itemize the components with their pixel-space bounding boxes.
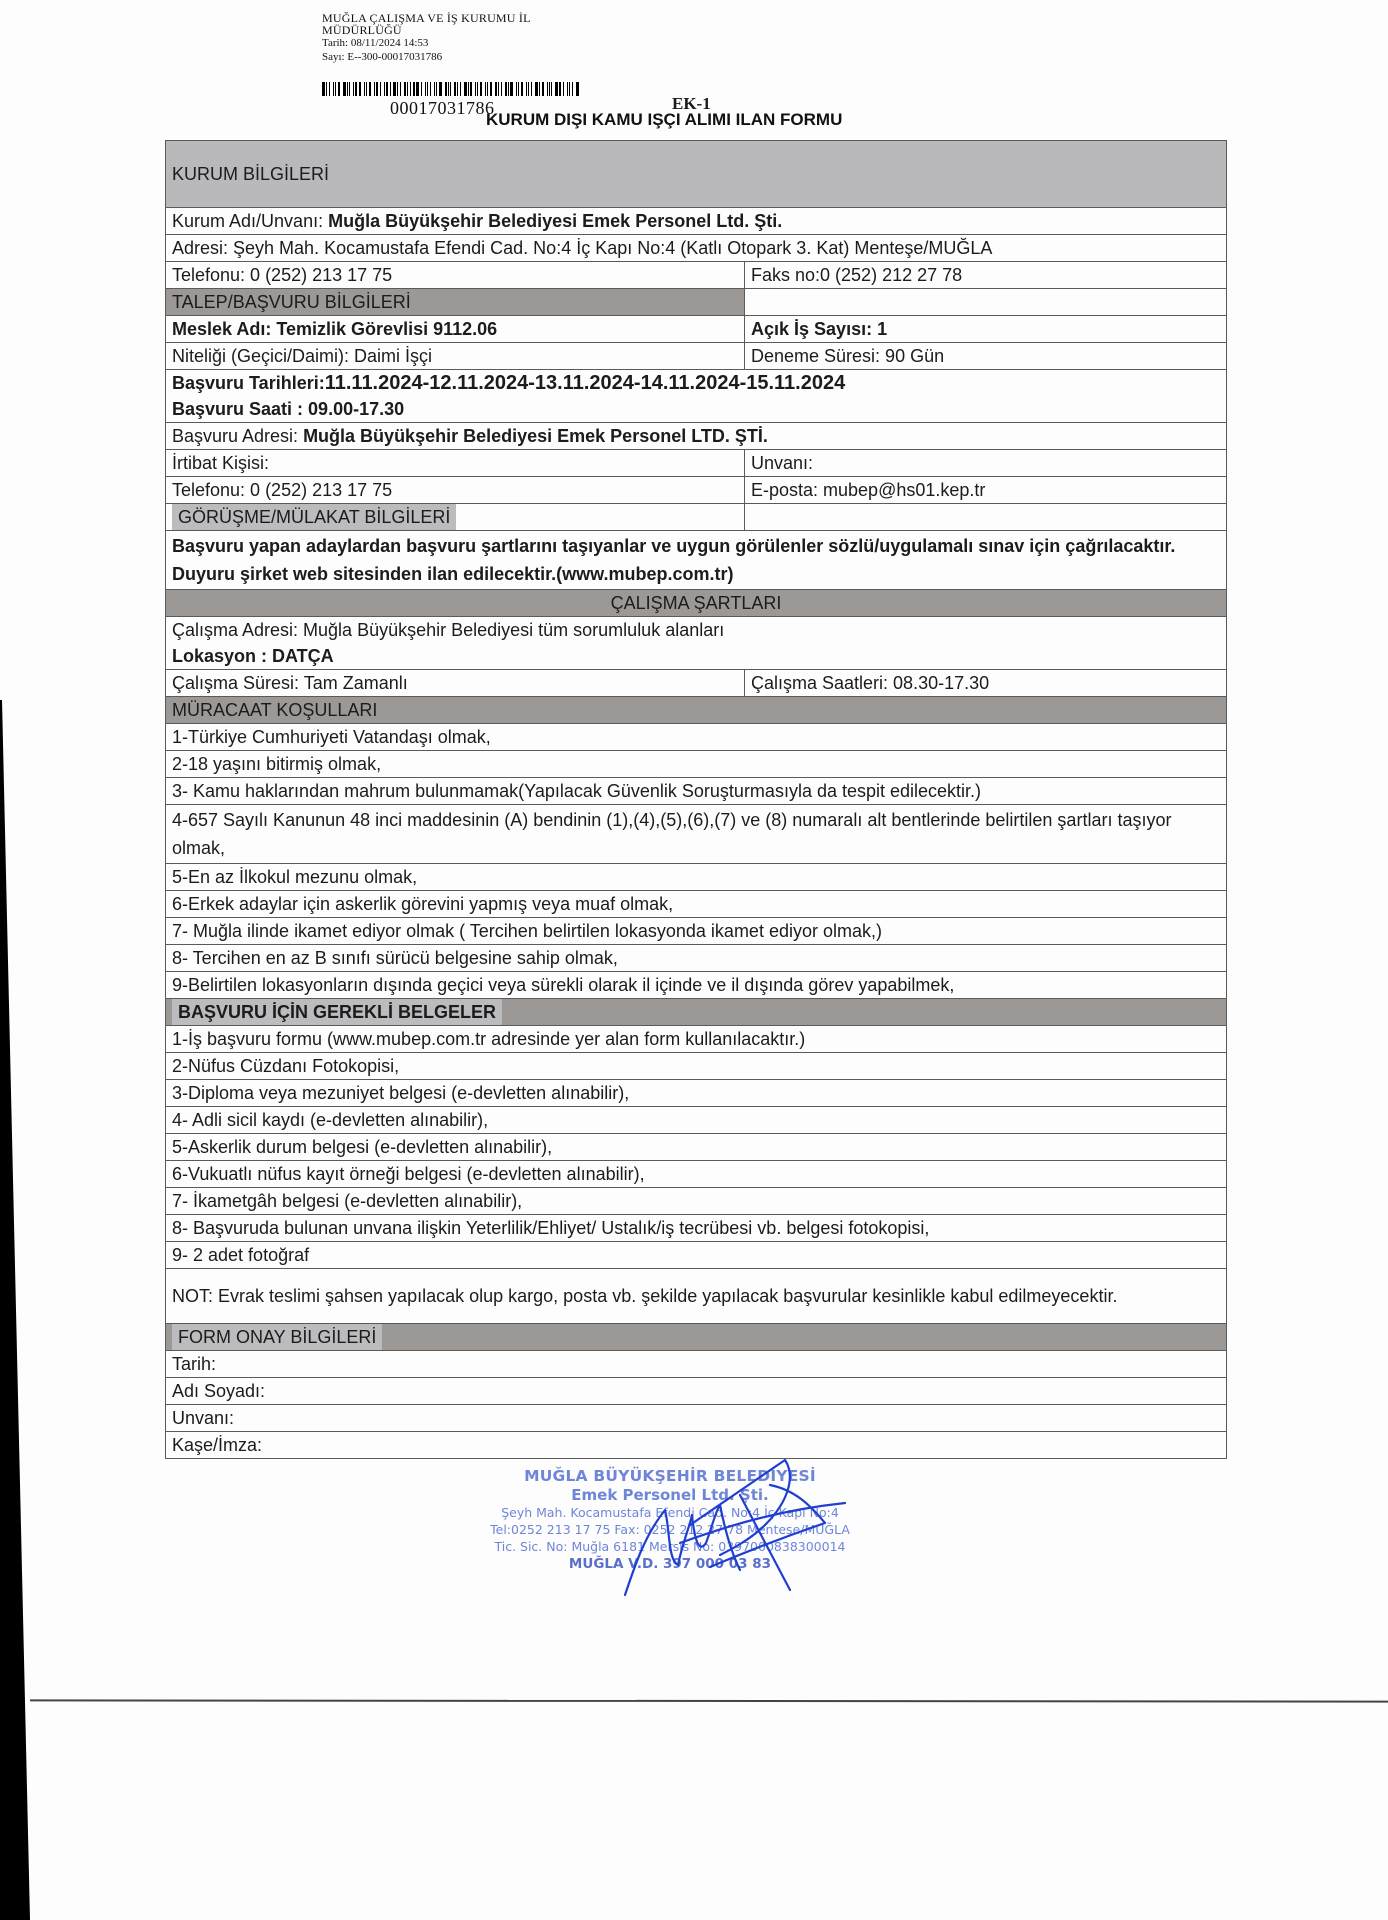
table-row: Telefonu: 0 (252) 213 17 75 Faks no:0 (2… (166, 262, 1227, 289)
table-row: İrtibat Kişisi: Unvanı: (166, 450, 1227, 477)
table-row: Telefonu: 0 (252) 213 17 75 E-posta: mub… (166, 477, 1227, 504)
section-gorusme-header: GÖRÜŞME/MÜLAKAT BİLGİLERİ (166, 504, 1227, 531)
registry-date: Tarih: 08/11/2024 14:53 (322, 36, 531, 50)
registry-number: Sayı: E--300-00017031786 (322, 50, 531, 64)
table-row: Kurum Adı/Unvanı: Muğla Büyükşehir Beled… (166, 208, 1227, 235)
work-address: Çalışma Adresi: Muğla Büyükşehir Belediy… (172, 617, 1220, 643)
section-onay-header: FORM ONAY BİLGİLERİ (166, 1324, 1227, 1351)
list-item: 2-18 yaşını bitirmiş olmak, (166, 751, 1227, 778)
table-row: Çalışma Adresi: Muğla Büyükşehir Belediy… (166, 617, 1227, 670)
section-kurum-header: KURUM BİLGİLERİ (166, 141, 1227, 208)
section-calisma-header: ÇALIŞMA ŞARTLARI (166, 590, 1227, 617)
list-item: 3- Kamu haklarından mahrum bulunmamak(Ya… (166, 778, 1227, 805)
institution-fax: Faks no:0 (252) 212 27 78 (745, 262, 1227, 289)
section-title-belgeler: BAŞVURU İÇİN GEREKLİ BELGELER (172, 999, 502, 1025)
institution-phone: Telefonu: 0 (252) 213 17 75 (166, 262, 745, 289)
contact-phone: Telefonu: 0 (252) 213 17 75 (166, 477, 745, 504)
list-item: 6-Vukuatlı nüfus kayıt örneği belgesi (e… (166, 1161, 1227, 1188)
registry-stamp: MUĞLA ÇALIŞMA VE İŞ KURUMU İL MÜDÜRLÜĞÜ … (322, 12, 531, 64)
table-row: Çalışma Süresi: Tam Zamanlı Çalışma Saat… (166, 670, 1227, 697)
interview-info: Başvuru yapan adaylardan başvuru şartlar… (166, 531, 1227, 590)
list-item: 7- Muğla ilinde ikamet ediyor olmak ( Te… (166, 918, 1227, 945)
page-divider (30, 1699, 1388, 1702)
employment-nature: Niteliği (Geçici/Daimi): Daimi İşçi (166, 343, 745, 370)
list-item: 1-İş başvuru formu (www.mubep.com.tr adr… (166, 1026, 1227, 1053)
list-item: 7- İkametgâh belgesi (e-devletten alınab… (166, 1188, 1227, 1215)
list-item: 2-Nüfus Cüzdanı Fotokopisi, (166, 1053, 1227, 1080)
section-muracaat-header: MÜRACAAT KOŞULLARI (166, 697, 1227, 724)
occupation-name: Meslek Adı: Temizlik Görevlisi 9112.06 (166, 316, 745, 343)
section-title-talep: TALEP/BAŞVURU BİLGİLERİ (166, 289, 745, 316)
work-duration: Çalışma Süresi: Tam Zamanlı (166, 670, 745, 697)
list-item: 5-Askerlik durum belgesi (e-devletten al… (166, 1134, 1227, 1161)
section-title-calisma: ÇALIŞMA ŞARTLARI (166, 590, 1227, 617)
list-item: 4-657 Sayılı Kanunun 48 inci maddesinin … (166, 805, 1227, 864)
job-posting-form: KURUM BİLGİLERİ Kurum Adı/Unvanı: Muğla … (165, 140, 1227, 1459)
form-title: KURUM DIŞI KAMU İŞÇİ ALIMI İLAN FORMU (486, 113, 842, 133)
barcode-number: 00017031786 (390, 98, 495, 119)
scan-shadow-edge (0, 0, 40, 1920)
section-title-gorusme: GÖRÜŞME/MÜLAKAT BİLGİLERİ (172, 504, 456, 530)
work-location: Lokasyon : DATÇA (172, 643, 1220, 669)
approval-name: Adı Soyadı: (166, 1378, 1227, 1405)
list-item: 1-Türkiye Cumhuriyeti Vatandaşı olmak, (166, 724, 1227, 751)
institution-name: Kurum Adı/Unvanı: Muğla Büyükşehir Beled… (166, 208, 1227, 235)
application-dates: Başvuru Tarihleri:11.11.2024-12.11.2024-… (172, 370, 1220, 396)
contact-title: Unvanı: (745, 450, 1227, 477)
section-title-onay: FORM ONAY BİLGİLERİ (172, 1324, 382, 1350)
application-address: Başvuru Adresi: Muğla Büyükşehir Belediy… (166, 423, 1227, 450)
barcode-icon (322, 82, 580, 96)
contact-email: E-posta: mubep@hs01.kep.tr (745, 477, 1227, 504)
section-belgeler-header: BAŞVURU İÇİN GEREKLİ BELGELER (166, 999, 1227, 1026)
list-item: 5-En az İlkokul mezunu olmak, (166, 864, 1227, 891)
table-row: Başvuru yapan adaylardan başvuru şartlar… (166, 531, 1227, 590)
table-row: Adı Soyadı: (166, 1378, 1227, 1405)
institution-address: Adresi: Şeyh Mah. Kocamustafa Efendi Cad… (166, 235, 1227, 262)
section-title-kurum: KURUM BİLGİLERİ (166, 141, 1227, 208)
application-hours: Başvuru Saati : 09.00-17.30 (172, 396, 1220, 422)
list-item: 3-Diploma veya mezuniyet belgesi (e-devl… (166, 1080, 1227, 1107)
annex-label: EK-1 (672, 94, 711, 114)
delivery-note: NOT: Evrak teslimi şahsen yapılacak olup… (166, 1269, 1227, 1324)
list-item: 4- Adli sicil kaydı (e-devletten alınabi… (166, 1107, 1227, 1134)
signature-icon (620, 1455, 870, 1605)
list-item: 8- Tercihen en az B sınıfı sürücü belges… (166, 945, 1227, 972)
open-positions: Açık İş Sayısı: 1 (745, 316, 1227, 343)
registry-office-line2: MÜDÜRLÜĞÜ (322, 24, 531, 36)
table-row: Tarih: (166, 1351, 1227, 1378)
table-row: Başvuru Adresi: Muğla Büyükşehir Belediy… (166, 423, 1227, 450)
table-row: Adresi: Şeyh Mah. Kocamustafa Efendi Cad… (166, 235, 1227, 262)
approval-title: Unvanı: (166, 1405, 1227, 1432)
list-item: 9- 2 adet fotoğraf (166, 1242, 1227, 1269)
approval-date: Tarih: (166, 1351, 1227, 1378)
work-hours: Çalışma Saatleri: 08.30-17.30 (745, 670, 1227, 697)
table-row: Unvanı: (166, 1405, 1227, 1432)
table-row: Niteliği (Geçici/Daimi): Daimi İşçi Dene… (166, 343, 1227, 370)
list-item: 9-Belirtilen lokasyonların dışında geçic… (166, 972, 1227, 999)
trial-period: Deneme Süresi: 90 Gün (745, 343, 1227, 370)
section-title-muracaat: MÜRACAAT KOŞULLARI (166, 697, 1227, 724)
list-item: 6-Erkek adaylar için askerlik görevini y… (166, 891, 1227, 918)
table-row: Meslek Adı: Temizlik Görevlisi 9112.06 A… (166, 316, 1227, 343)
section-talep-header: TALEP/BAŞVURU BİLGİLERİ (166, 289, 1227, 316)
table-row: NOT: Evrak teslimi şahsen yapılacak olup… (166, 1269, 1227, 1324)
table-row: Başvuru Tarihleri:11.11.2024-12.11.2024-… (166, 370, 1227, 423)
contact-person: İrtibat Kişisi: (166, 450, 745, 477)
list-item: 8- Başvuruda bulunan unvana ilişkin Yete… (166, 1215, 1227, 1242)
